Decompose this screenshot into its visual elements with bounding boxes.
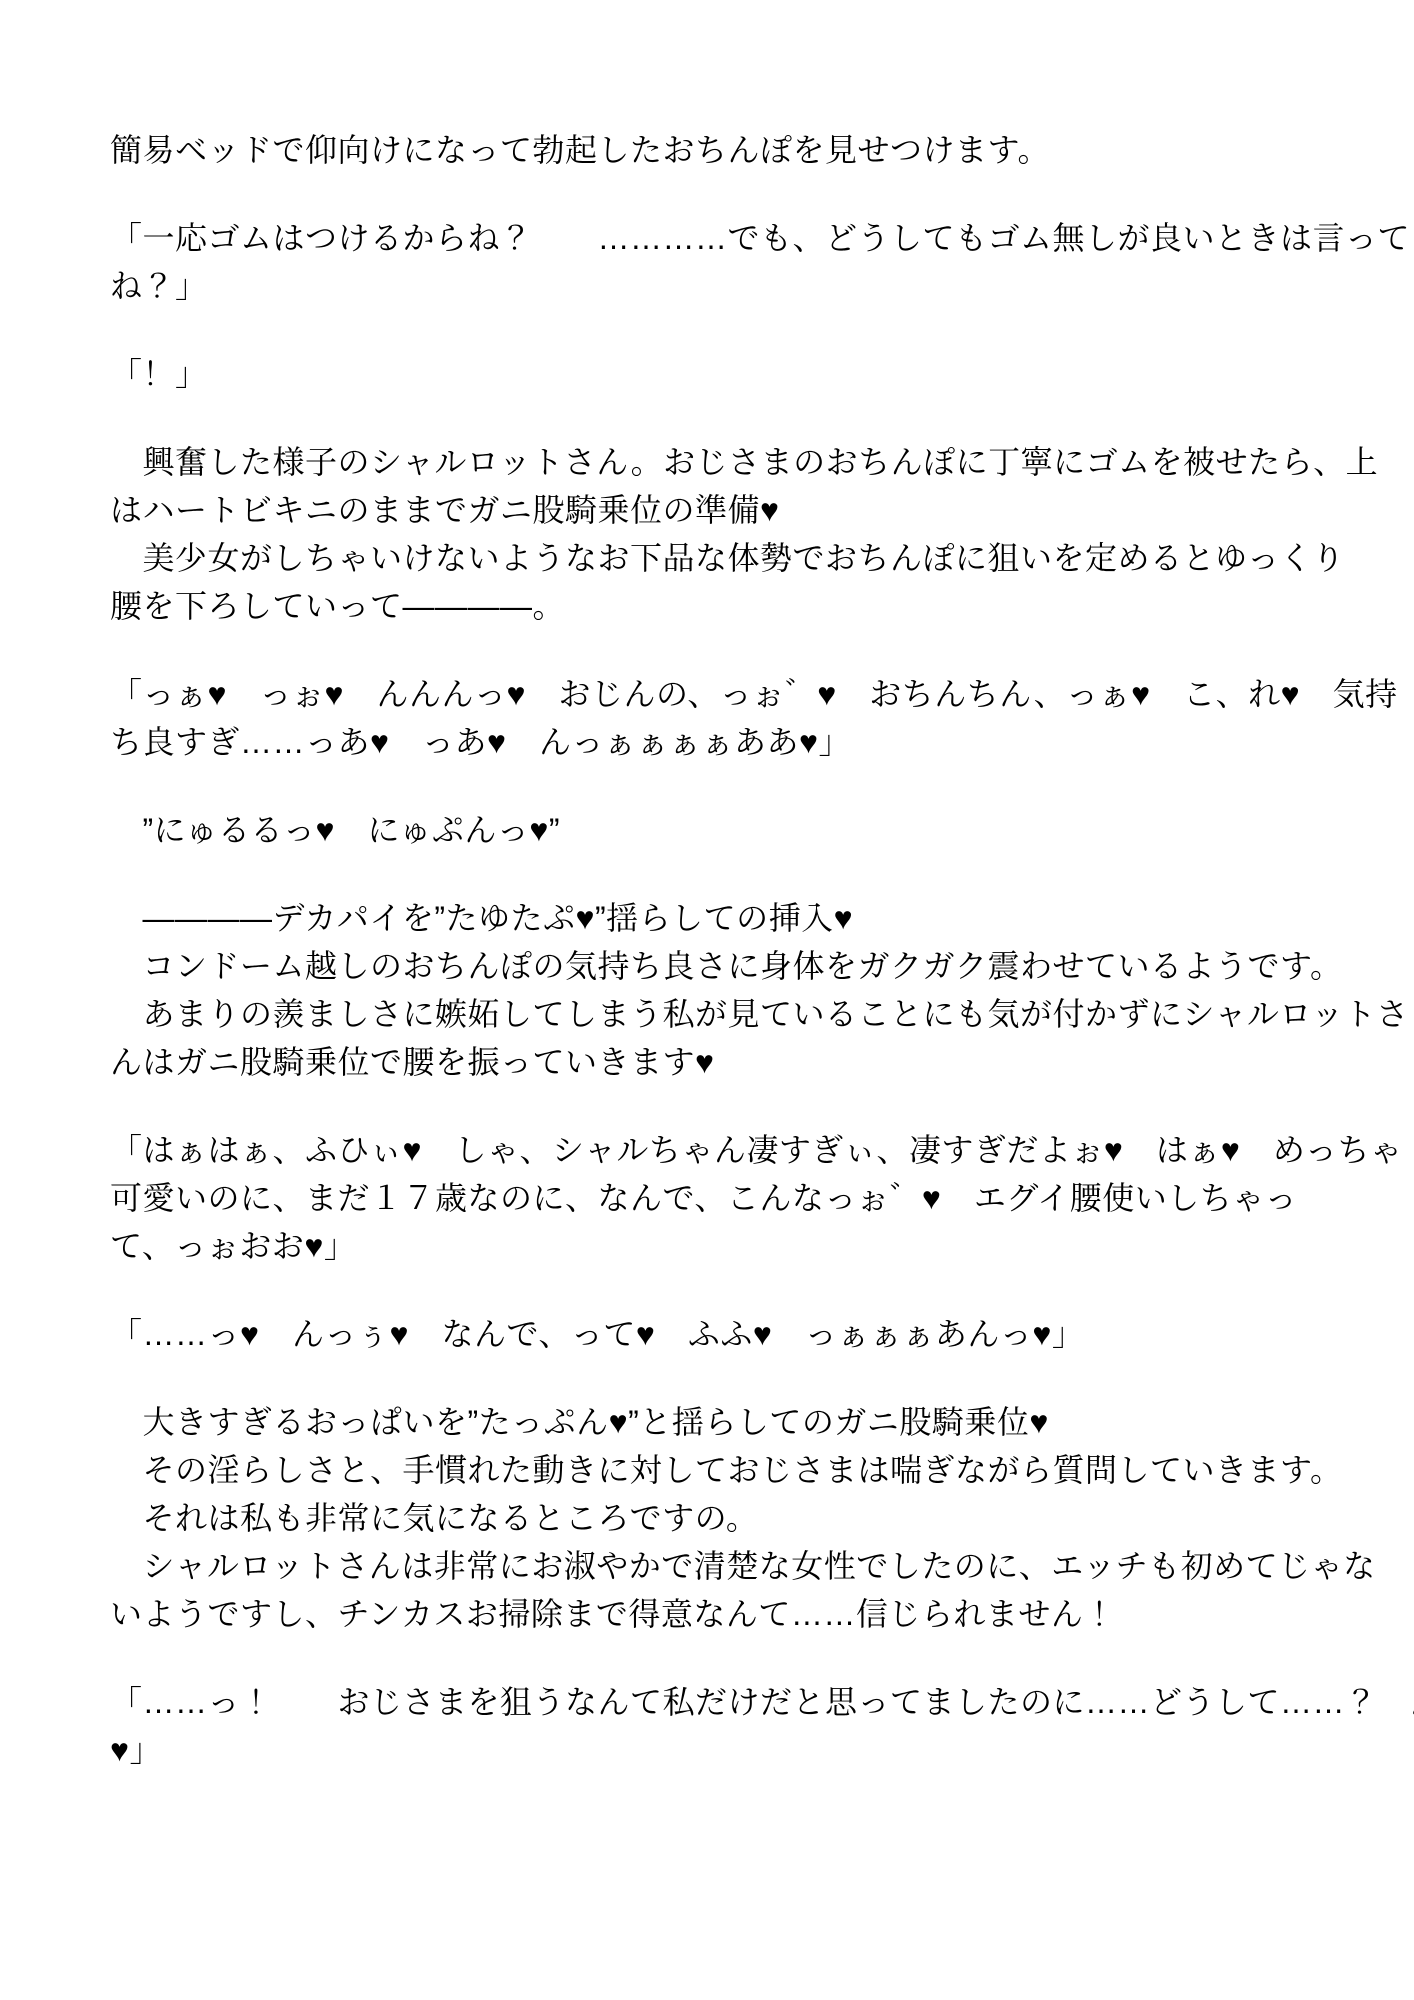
text-line: 興奮した様子のシャルロットさん。おじさまのおちんぽに丁寧にゴムを被せたら、上 xyxy=(110,438,1320,486)
text-line: 「一応ゴムはつけるからね？ …………でも、どうしてもゴム無しが良いときは言って xyxy=(110,214,1320,262)
paragraph: 「一応ゴムはつけるからね？ …………でも、どうしてもゴム無しが良いときは言って … xyxy=(110,214,1320,310)
text-line: 「！」 xyxy=(110,350,1320,398)
text-line: ♥」 xyxy=(110,1726,1320,1774)
text-line: 美少女がしちゃいけないようなお下品な体勢でおちんぽに狙いを定めるとゆっくり xyxy=(110,534,1320,582)
document-page: 簡易ベッドで仰向けになって勃起したおちんぽを見せつけます。 「一応ゴムはつけるか… xyxy=(0,0,1414,2000)
text-line: あまりの羨ましさに嫉妬してしまう私が見ていることにも気が付かずにシャルロットさ xyxy=(110,990,1320,1038)
text-line: て、っぉおお♥」 xyxy=(110,1222,1320,1270)
text-line: コンドーム越しのおちんぽの気持ち良さに身体をガクガク震わせているようです。 xyxy=(110,942,1320,990)
paragraph: 「……っ！ おじさまを狙うなんて私だけだと思ってましたのに……どうして……？ ん… xyxy=(110,1678,1320,1774)
text-line: 「はぁはぁ、ふひぃ♥ しゃ、シャルちゃん凄すぎぃ、凄すぎだよぉ♥ はぁ♥ めっち… xyxy=(110,1126,1320,1174)
text-line: 可愛いのに、まだ１７歳なのに、なんで、こんなっぉ゛♥ エグイ腰使いしちゃっ xyxy=(110,1174,1320,1222)
text-line: その淫らしさと、手慣れた動きに対しておじさまは喘ぎながら質問していきます。 xyxy=(110,1446,1320,1494)
text-line: 簡易ベッドで仰向けになって勃起したおちんぽを見せつけます。 xyxy=(110,126,1320,174)
text-line: ね？」 xyxy=(110,262,1320,310)
paragraph: 大きすぎるおっぱいを”たっぷん♥”と揺らしてのガニ股騎乗位♥ その淫らしさと、手… xyxy=(110,1398,1320,1638)
paragraph: 「……っ♥ んっぅ♥ なんで、って♥ ふふ♥ っぁぁぁあんっ♥」 xyxy=(110,1310,1320,1358)
paragraph: ”にゅるるっ♥ にゅぷんっ♥” xyxy=(110,806,1320,854)
paragraph: 簡易ベッドで仰向けになって勃起したおちんぽを見せつけます。 xyxy=(110,126,1320,174)
text-line: いようですし、チンカスお掃除まで得意なんて……信じられません！ xyxy=(110,1590,1320,1638)
text-line: 「……っ！ おじさまを狙うなんて私だけだと思ってましたのに……どうして……？ ん… xyxy=(110,1678,1320,1726)
text-line: 大きすぎるおっぱいを”たっぷん♥”と揺らしてのガニ股騎乗位♥ xyxy=(110,1398,1320,1446)
paragraph: 「はぁはぁ、ふひぃ♥ しゃ、シャルちゃん凄すぎぃ、凄すぎだよぉ♥ はぁ♥ めっち… xyxy=(110,1126,1320,1270)
text-line: シャルロットさんは非常にお淑やかで清楚な女性でしたのに、エッチも初めてじゃな xyxy=(110,1542,1320,1590)
paragraph: ――――デカパイを”たゆたぷ♥”揺らしての挿入♥ コンドーム越しのおちんぽの気持… xyxy=(110,894,1320,1086)
text-line: んはガニ股騎乗位で腰を振っていきます♥ xyxy=(110,1038,1320,1086)
text-line: 「っぁ♥ っぉ♥ んんんっ♥ おじんの、っぉ゛♥ おちんちん、っぁ♥ こ、れ♥ … xyxy=(110,670,1320,718)
text-line: はハートビキニのままでガニ股騎乗位の準備♥ xyxy=(110,486,1320,534)
text-line: それは私も非常に気になるところですの。 xyxy=(110,1494,1320,1542)
text-line: 腰を下ろしていって――――。 xyxy=(110,582,1320,630)
text-line: 「……っ♥ んっぅ♥ なんで、って♥ ふふ♥ っぁぁぁあんっ♥」 xyxy=(110,1310,1320,1358)
text-line: ち良すぎ……っあ♥ っあ♥ んっぁぁぁぁああ♥」 xyxy=(110,718,1320,766)
paragraph: 「っぁ♥ っぉ♥ んんんっ♥ おじんの、っぉ゛♥ おちんちん、っぁ♥ こ、れ♥ … xyxy=(110,670,1320,766)
text-line: ――――デカパイを”たゆたぷ♥”揺らしての挿入♥ xyxy=(110,894,1320,942)
text-line: ”にゅるるっ♥ にゅぷんっ♥” xyxy=(110,806,1320,854)
paragraph: 興奮した様子のシャルロットさん。おじさまのおちんぽに丁寧にゴムを被せたら、上 は… xyxy=(110,438,1320,630)
paragraph: 「！」 xyxy=(110,350,1320,398)
